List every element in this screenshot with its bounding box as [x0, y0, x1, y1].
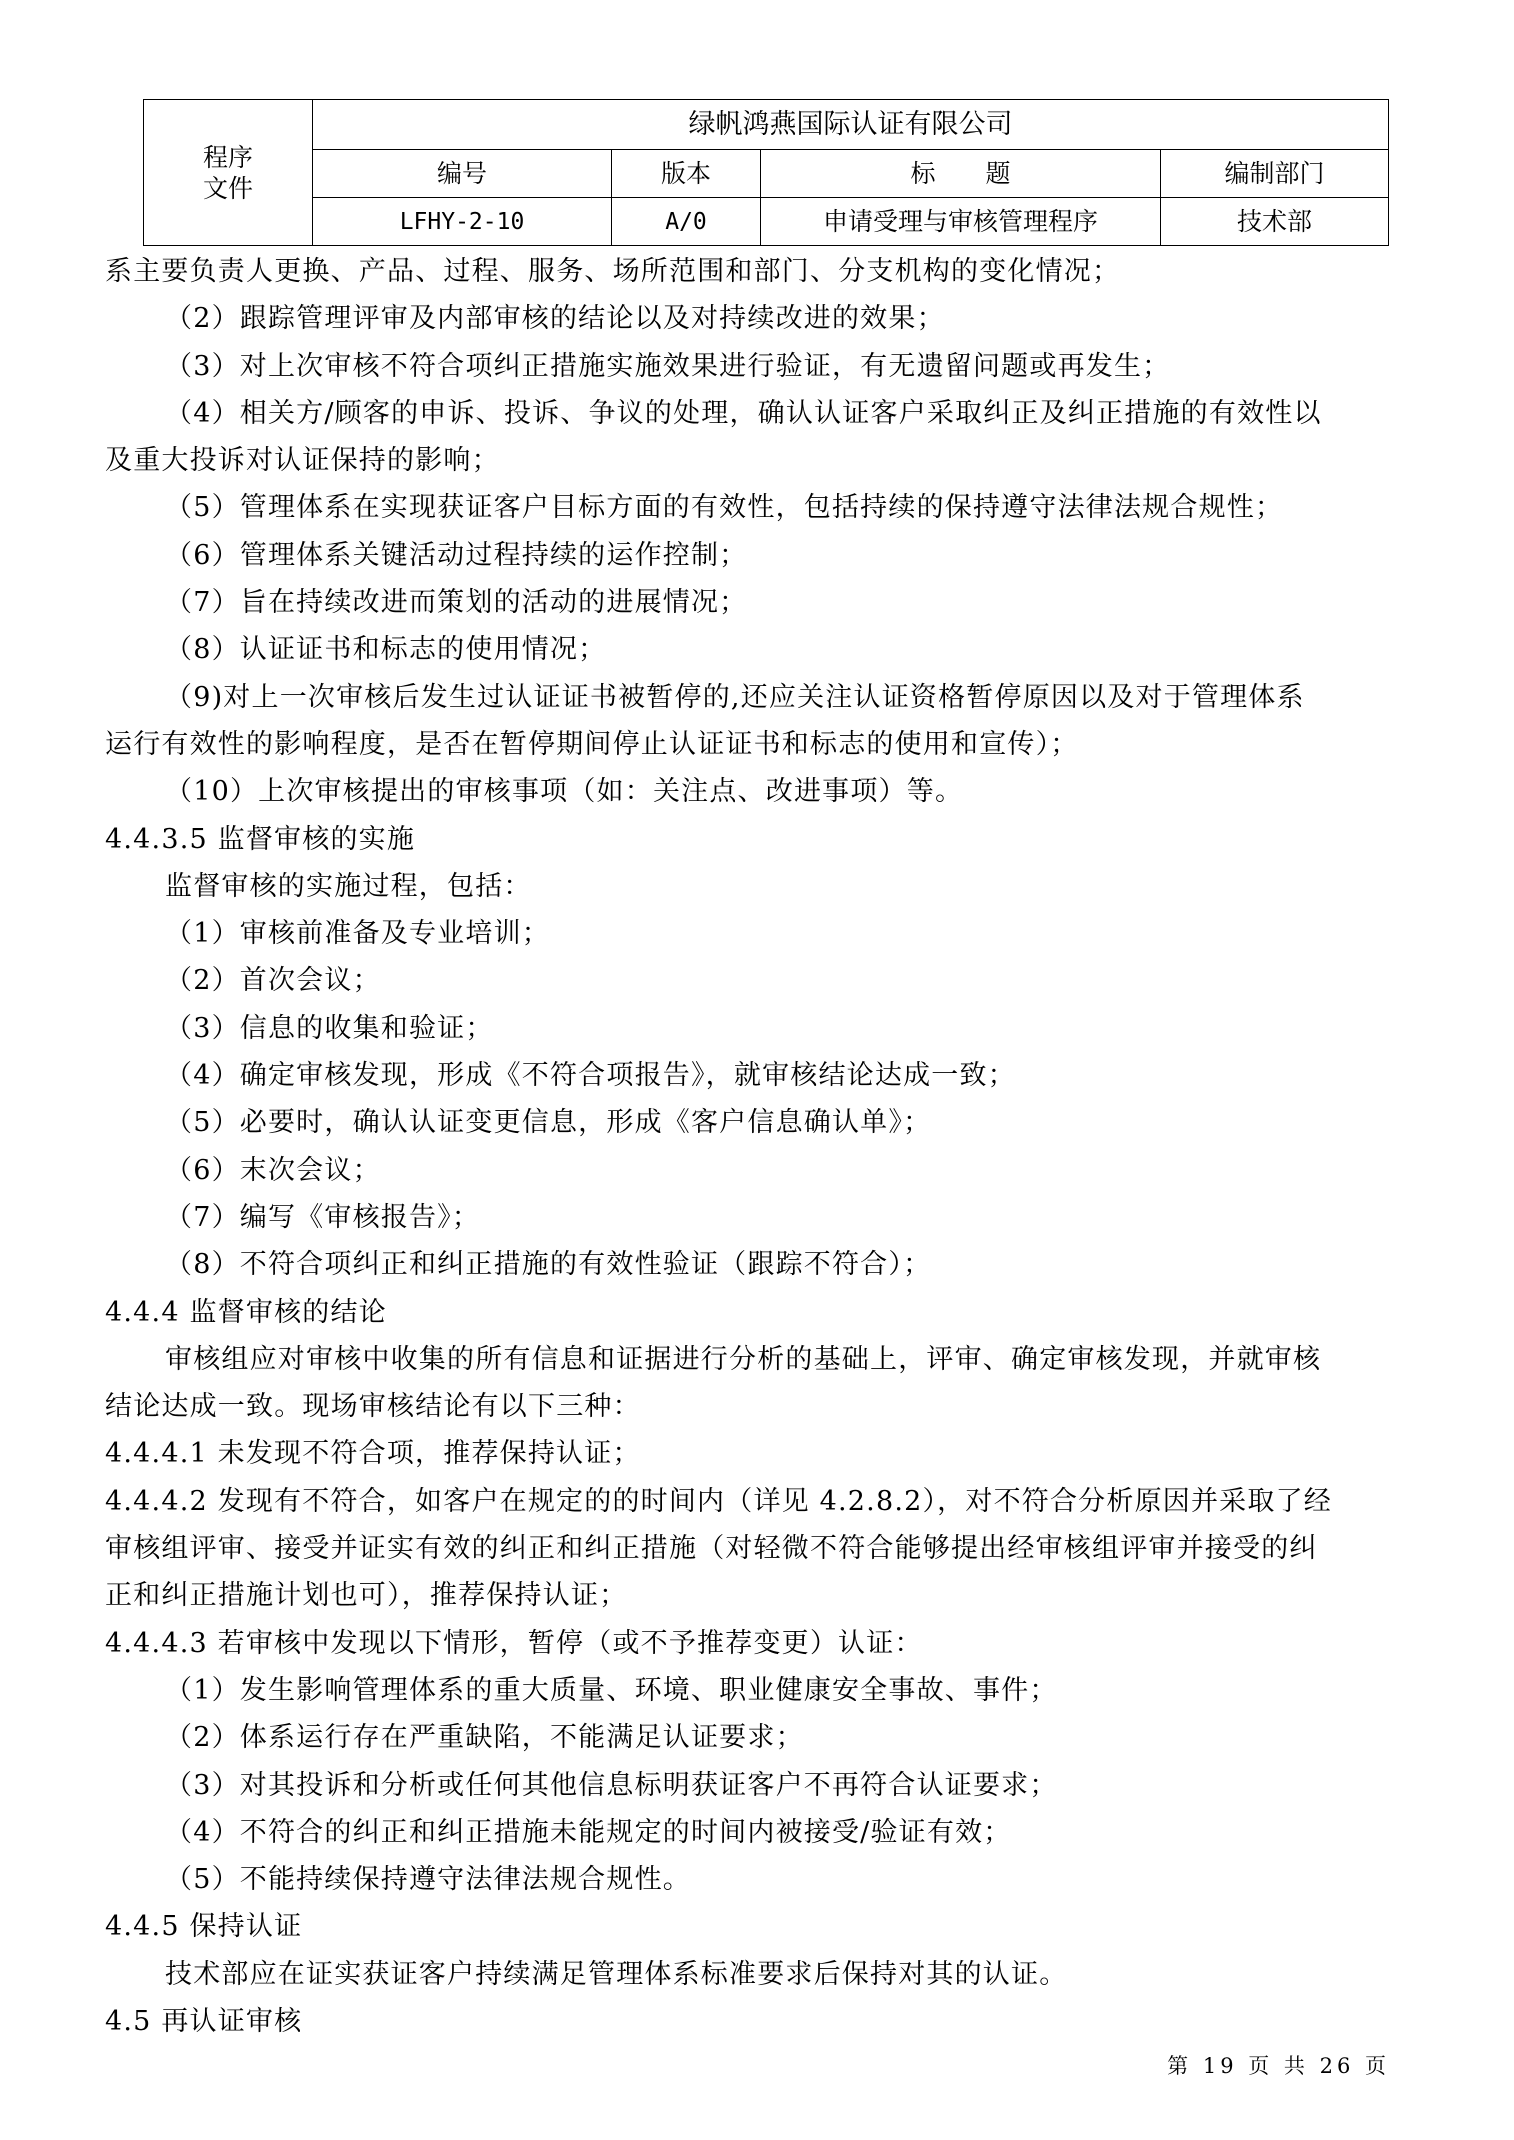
document-number: LFHY-2-10: [313, 198, 612, 246]
column-header-number: 编号: [313, 150, 612, 198]
text-line: （5）管理体系在实现获证客户目标方面的有效性，包括持续的保持遵守法律法规合规性；: [105, 484, 1395, 531]
text-line: （3）信息的收集和验证；: [105, 1005, 1395, 1052]
text-line: （2）首次会议；: [105, 957, 1395, 1004]
text-line: 及重大投诉对认证保持的影响；: [105, 437, 1395, 484]
text-line: 结论达成一致。现场审核结论有以下三种：: [105, 1383, 1395, 1430]
text-line: 运行有效性的影响程度，是否在暂停期间停止认证证书和标志的使用和宣传）；: [105, 721, 1395, 768]
text-line: （7）编写《审核报告》；: [105, 1194, 1395, 1241]
text-line: 4.4.4.2 发现有不符合，如客户在规定的的时间内（详见 4.2.8.2），对…: [105, 1478, 1395, 1525]
column-header-department: 编制部门: [1161, 150, 1389, 198]
text-line: 4.5 再认证审核: [105, 1998, 1395, 2045]
text-line: （3）对其投诉和分析或任何其他信息标明获证客户不再符合认证要求；: [105, 1762, 1395, 1809]
text-line: （8）认证证书和标志的使用情况；: [105, 626, 1395, 673]
column-header-version: 版本: [612, 150, 761, 198]
document-title: 申请受理与审核管理程序: [761, 198, 1161, 246]
company-name: 绿帆鸿燕国际认证有限公司: [313, 100, 1389, 150]
text-line: （1）审核前准备及专业培训；: [105, 910, 1395, 957]
text-line: （8）不符合项纠正和纠正措施的有效性验证（跟踪不符合）；: [105, 1241, 1395, 1288]
document-header-table: 程序 文件 绿帆鸿燕国际认证有限公司 编号 版本 标 题 编制部门 LFHY-2…: [143, 99, 1389, 246]
text-line: （4）确定审核发现，形成《不符合项报告》，就审核结论达成一致；: [105, 1052, 1395, 1099]
text-line: 4.4.5 保持认证: [105, 1903, 1395, 1950]
text-line: 4.4.3.5 监督审核的实施: [105, 816, 1395, 863]
text-line: （10）上次审核提出的审核事项（如：关注点、改进事项）等。: [105, 768, 1395, 815]
text-line: （9)对上一次审核后发生过认证证书被暂停的,还应关注认证资格暂停原因以及对于管理…: [105, 674, 1395, 721]
document-department: 技术部: [1161, 198, 1389, 246]
text-line: （7）旨在持续改进而策划的活动的进展情况；: [105, 579, 1395, 626]
document-type-label-2: 文件: [144, 173, 312, 204]
text-line: （1）发生影响管理体系的重大质量、环境、职业健康安全事故、事件；: [105, 1667, 1395, 1714]
text-line: （6）末次会议；: [105, 1147, 1395, 1194]
document-type-label-1: 程序: [144, 142, 312, 173]
text-line: 4.4.4.1 未发现不符合项，推荐保持认证；: [105, 1430, 1395, 1477]
text-line: （4）相关方/顾客的申诉、投诉、争议的处理，确认认证客户采取纠正及纠正措施的有效…: [105, 390, 1395, 437]
text-line: 4.4.4 监督审核的结论: [105, 1289, 1395, 1336]
text-line: （6）管理体系关键活动过程持续的运作控制；: [105, 532, 1395, 579]
text-line: （5）不能持续保持遵守法律法规合规性。: [105, 1856, 1395, 1903]
document-type-cell: 程序 文件: [144, 100, 313, 246]
text-line: 正和纠正措施计划也可），推荐保持认证；: [105, 1572, 1395, 1619]
text-line: 审核组应对审核中收集的所有信息和证据进行分析的基础上，评审、确定审核发现，并就审…: [105, 1336, 1395, 1383]
column-header-title: 标 题: [761, 150, 1161, 198]
text-line: （4）不符合的纠正和纠正措施未能规定的时间内被接受/验证有效；: [105, 1809, 1395, 1856]
text-line: 审核组评审、接受并证实有效的纠正和纠正措施（对轻微不符合能够提出经审核组评审并接…: [105, 1525, 1395, 1572]
document-body: 系主要负责人更换、产品、过程、服务、场所范围和部门、分支机构的变化情况；（2）跟…: [105, 248, 1395, 2045]
text-line: 4.4.4.3 若审核中发现以下情形，暂停（或不予推荐变更）认证：: [105, 1620, 1395, 1667]
text-line: 监督审核的实施过程，包括：: [105, 863, 1395, 910]
text-line: （2）跟踪管理评审及内部审核的结论以及对持续改进的效果；: [105, 295, 1395, 342]
text-line: （5）必要时，确认认证变更信息，形成《客户信息确认单》；: [105, 1099, 1395, 1146]
text-line: 技术部应在证实获证客户持续满足管理体系标准要求后保持对其的认证。: [105, 1951, 1395, 1998]
text-line: （3）对上次审核不符合项纠正措施实施效果进行验证，有无遗留问题或再发生；: [105, 343, 1395, 390]
text-line: 系主要负责人更换、产品、过程、服务、场所范围和部门、分支机构的变化情况；: [105, 248, 1395, 295]
page-number: 第 19 页 共 26 页: [1167, 2050, 1390, 2080]
text-line: （2）体系运行存在严重缺陷，不能满足认证要求；: [105, 1714, 1395, 1761]
document-version: A/0: [612, 198, 761, 246]
